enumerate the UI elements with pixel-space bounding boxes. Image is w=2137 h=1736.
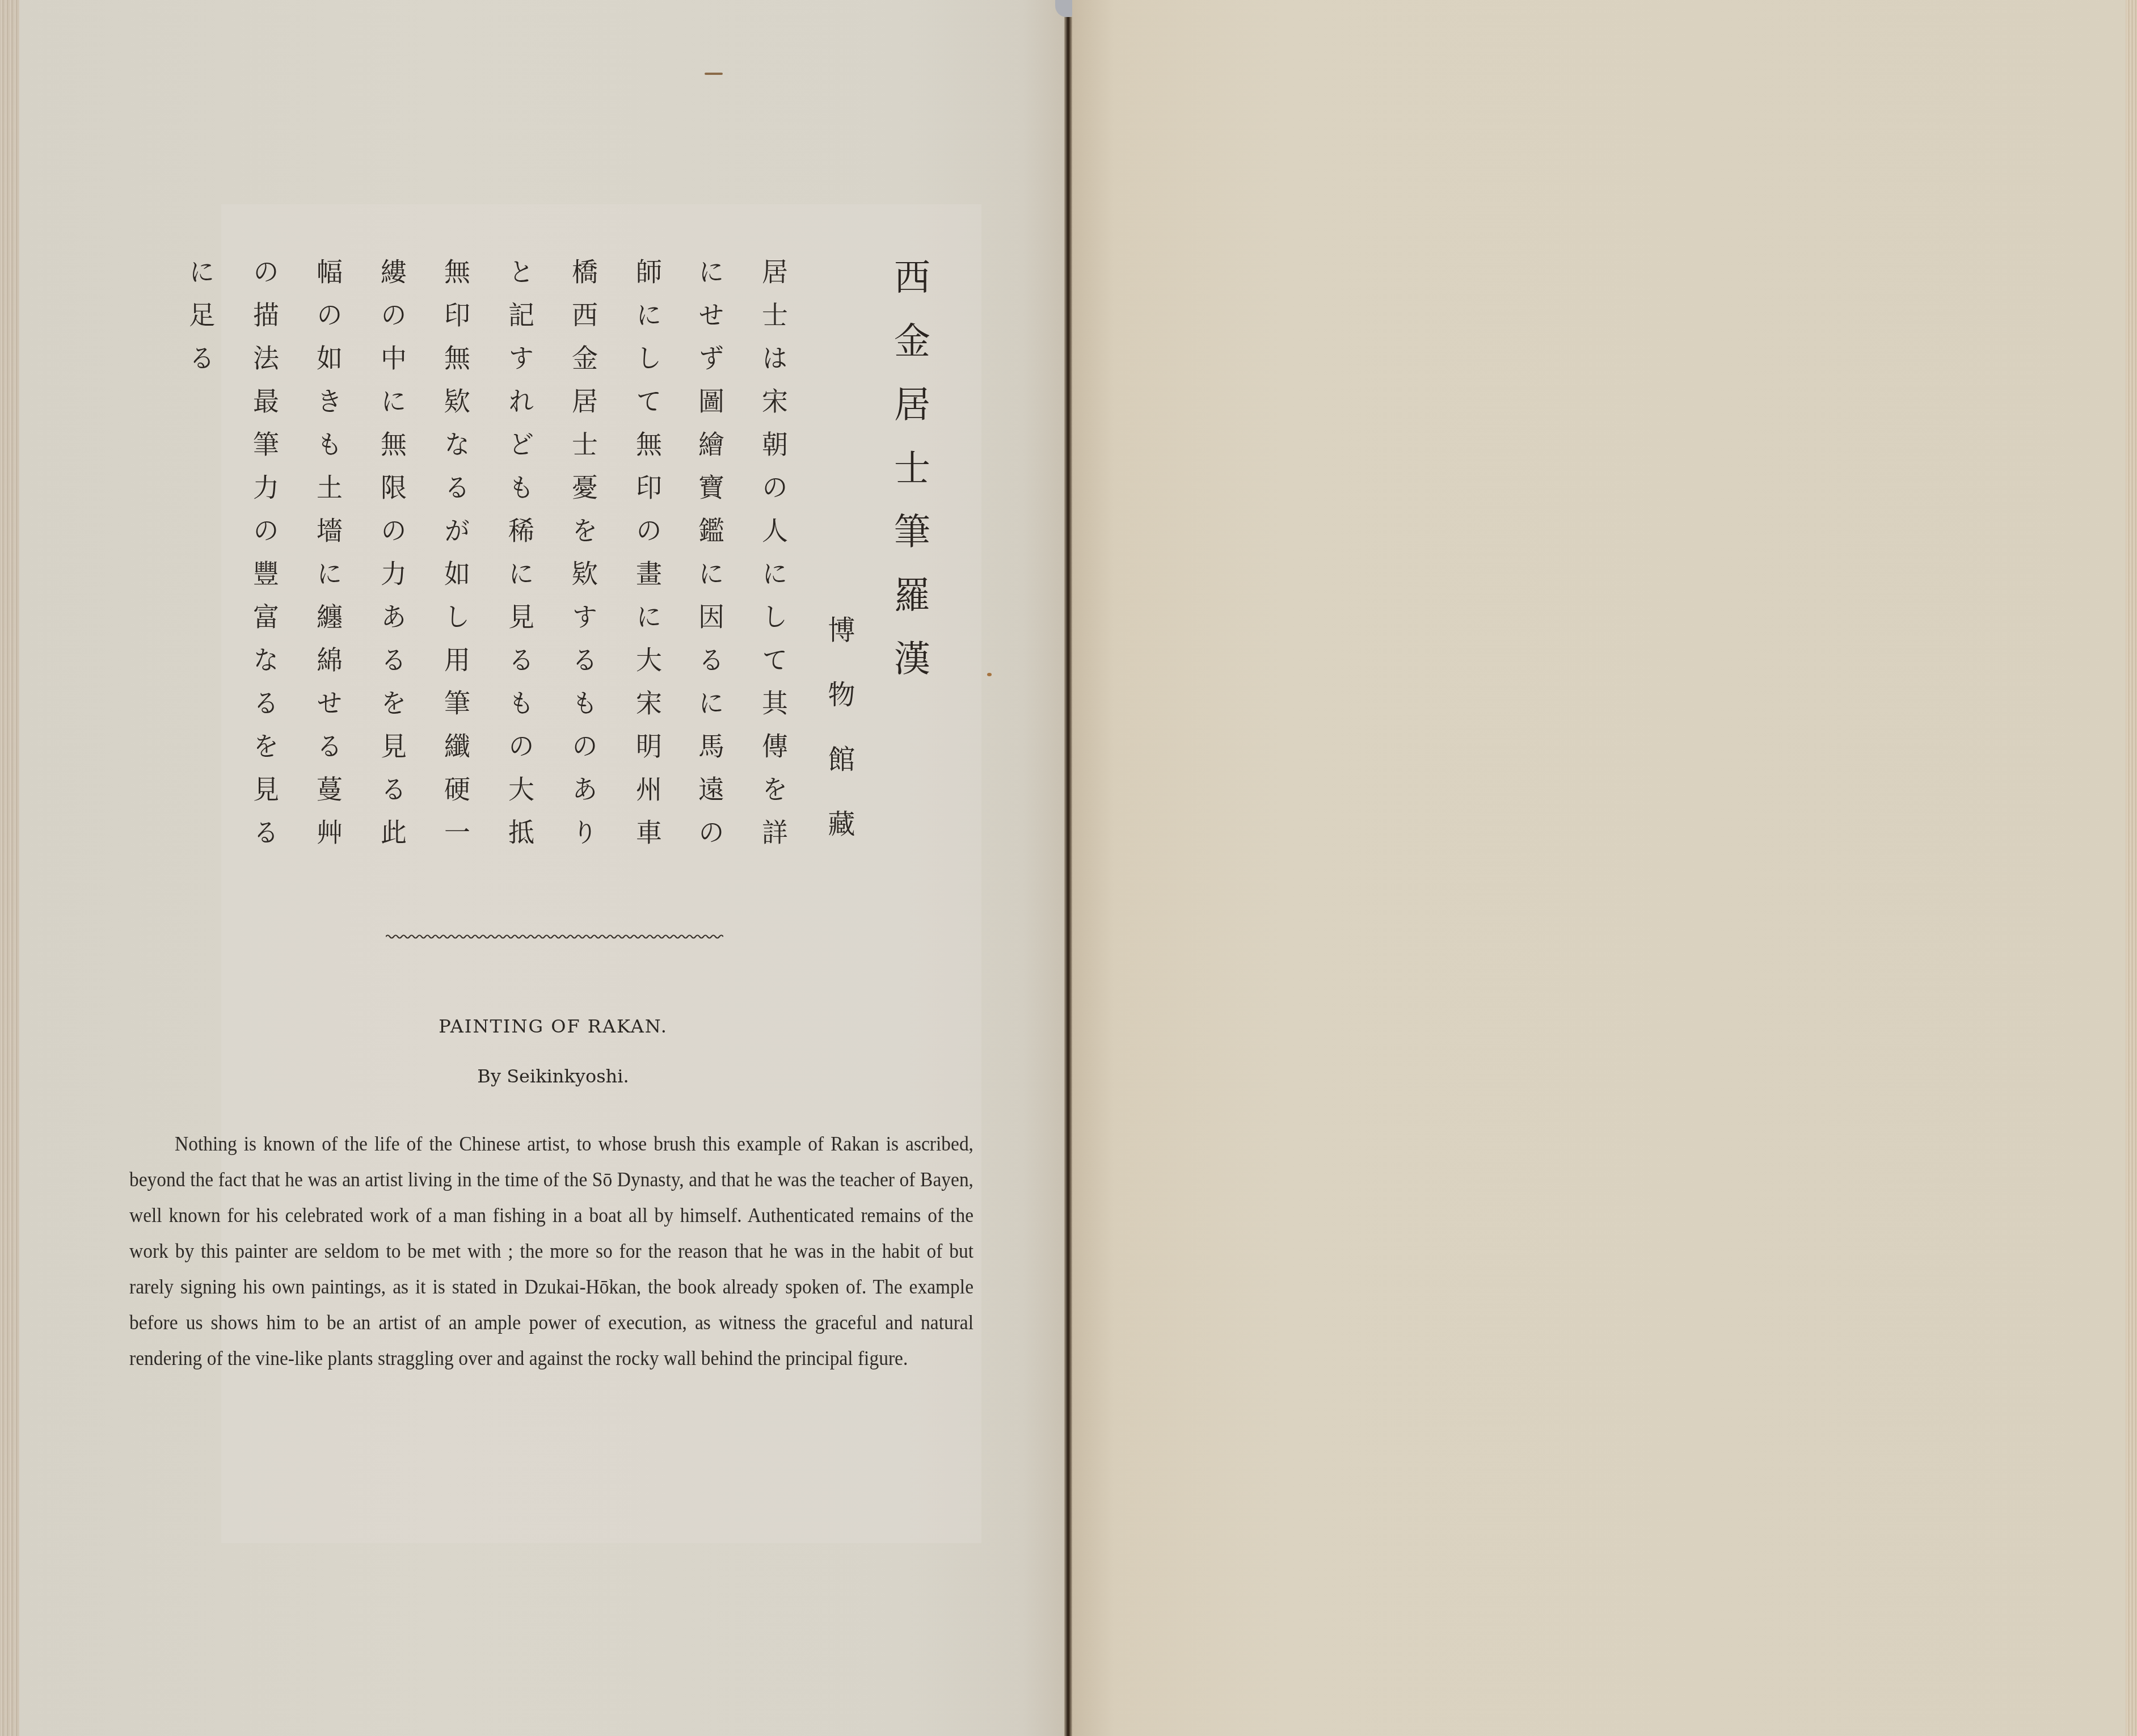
- right-page-edges: [2126, 0, 2137, 1736]
- japanese-column-3: 師にして無印の畫に大宋明州車: [634, 258, 660, 862]
- japanese-column-10: に足る: [187, 258, 213, 387]
- english-body-paragraph: Nothing is known of the life of the Chin…: [129, 1126, 973, 1376]
- japanese-column-6: 無印無欵なるが如し用筆纖硬一: [442, 258, 469, 862]
- japanese-column-2: にせず圖繪寶鑑に因るに馬遠の: [697, 258, 723, 862]
- right-page-blank: [1072, 0, 2126, 1736]
- japanese-column-5: と記すれども稀に見るもの大抵: [507, 258, 533, 862]
- left-page-edges: [0, 0, 19, 1736]
- japanese-title: 西金居士筆羅漢: [891, 258, 927, 703]
- japanese-column-4: 橋西金居士憂を欵するものあり: [570, 258, 596, 862]
- printer-mark: [705, 73, 723, 75]
- english-byline: By Seikinkyoshi.: [369, 1065, 737, 1087]
- japanese-column-1: 居士は宋朝の人にして其傳を詳: [760, 258, 786, 862]
- wavy-divider: [386, 933, 723, 940]
- japanese-column-8: 幅の如きも土墻に纏綿せる蔓艸: [315, 258, 341, 862]
- book-spread: 西金居士筆羅漢 博物館藏 居士は宋朝の人にして其傳を詳 にせず圖繪寶鑑に因るに馬…: [0, 0, 2137, 1736]
- book-gutter: [1064, 17, 1072, 1736]
- english-title: PAINTING OF RAKAN.: [369, 1016, 737, 1037]
- japanese-column-7: 縷の中に無限の力あるを見る此: [379, 258, 405, 862]
- collection-label: 博物館藏: [825, 616, 853, 874]
- japanese-column-9: の描法最筆力の豐富なるを見る: [251, 258, 277, 862]
- paper-stain: [987, 673, 992, 676]
